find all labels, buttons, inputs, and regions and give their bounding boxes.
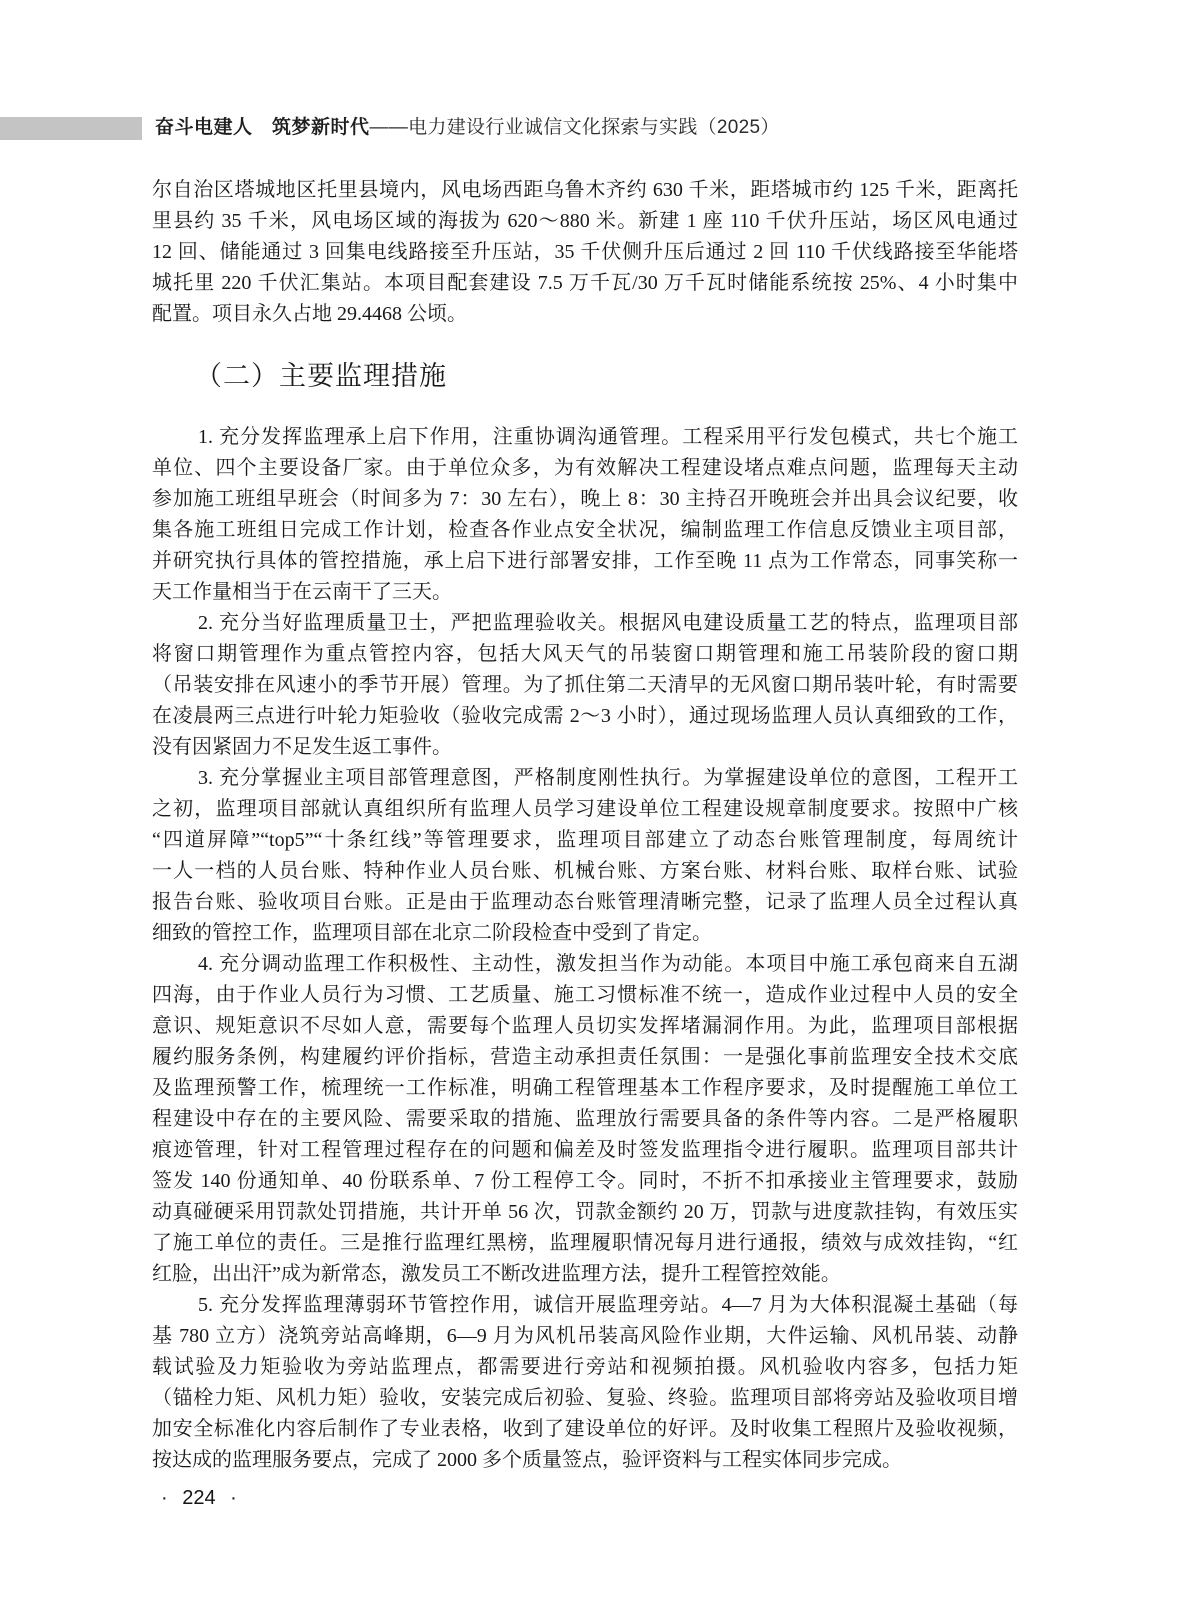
- body-text-line: 5. 充分发挥监理薄弱环节管控作用，诚信开展监理旁站。4—7 月为大体积混凝土基…: [152, 1290, 1018, 1321]
- body-text-line: 并研究执行具体的管控措施，承上启下进行部署安排，工作至晚 11 点为工作常态，同…: [152, 546, 1018, 577]
- body-text-line: 意识、规矩意识不尽如人意，需要每个监理人员切实发挥堵漏洞作用。为此，监理项目部根…: [152, 1011, 1018, 1042]
- body-text-line: “四道屏障”“top5”“十条红线”等管理要求，监理项目部建立了动态台账管理制度…: [152, 825, 1018, 856]
- body-text-line: 配置。项目永久占地 29.4468 公顷。: [152, 299, 1018, 330]
- paragraph: 尔自治区塔城地区托里县境内，风电场西距乌鲁木齐约 630 千米，距塔城市约 12…: [152, 175, 1018, 330]
- body-text-line: 将窗口期管理作为重点管控内容，包括大风天气的吊装窗口期管理和施工吊装阶段的窗口期: [152, 639, 1018, 670]
- body-text-line: （吊装安排在风速小的季节开展）管理。为了抓住第二天清早的无风窗口期吊装叶轮，有时…: [152, 670, 1018, 701]
- paragraph: 4. 充分调动监理工作积极性、主动性，激发担当作为动能。本项目中施工承包商来自五…: [152, 949, 1018, 1290]
- body-text-line: 了施工单位的责任。三是推行监理红黑榜，监理履职情况每月进行通报，绩效与成效挂钩，…: [152, 1228, 1018, 1259]
- body-text-line: 12 回、储能通过 3 回集电线路接至升压站，35 千伏侧升压后通过 2 回 1…: [152, 237, 1018, 268]
- body-text-line: 集各施工班组日完成工作计划，检查各作业点安全状况，编制监理工作信息反馈业主项目部…: [152, 515, 1018, 546]
- body-text-line: 履约服务条例，构建履约评价指标，营造主动承担责任氛围：一是强化事前监理安全技术交…: [152, 1042, 1018, 1073]
- body-text-line: 一人一档的人员台账、特种作业人员台账、机械台账、方案台账、材料台账、取样台账、试…: [152, 856, 1018, 887]
- body-text-line: 载试验及力矩验收为旁站监理点，都需要进行旁站和视频拍摄。风机验收内容多，包括力矩: [152, 1352, 1018, 1383]
- body-text-line: 痕迹管理，针对工程管理过程存在的问题和偏差及时签发监理指令进行履职。监理项目部共…: [152, 1135, 1018, 1166]
- body-text-line: 程建设中存在的主要风险、需要采取的措施、监理放行需要具备的条件等内容。二是严格履…: [152, 1104, 1018, 1135]
- body-text-line: 基 780 立方）浇筑旁站高峰期，6—9 月为风机吊装高风险作业期，大件运输、风…: [152, 1321, 1018, 1352]
- paragraph: 1. 充分发挥监理承上启下作用，注重协调沟通管理。工程采用平行发包模式，共七个施…: [152, 422, 1018, 608]
- body-text-line: 3. 充分掌握业主项目部管理意图，严格制度刚性执行。为掌握建设单位的意图，工程开…: [152, 763, 1018, 794]
- body-text-line: 之初，监理项目部就认真组织所有监理人员学习建设单位工程建设规章制度要求。按照中广…: [152, 794, 1018, 825]
- running-header-book-title: 奋斗电建人 筑梦新时代: [155, 117, 370, 138]
- body-text-line: 细致的管控工作，监理项目部在北京二阶段检查中受到了肯定。: [152, 918, 1018, 949]
- body-content: 尔自治区塔城地区托里县境内，风电场西距乌鲁木齐约 630 千米，距塔城市约 12…: [152, 175, 1018, 1476]
- section-heading: （二）主要监理措施: [195, 356, 1018, 396]
- body-text-line: 天工作量相当于在云南干了三天。: [152, 577, 1018, 608]
- body-text-line: （锚栓力矩、风机力矩）验收，安装完成后初验、复验、终验。监理项目部将旁站及验收项…: [152, 1383, 1018, 1414]
- body-text-line: 及监理预警工作，梳理统一工作标准，明确工程管理基本工作程序要求，及时提醒施工单位…: [152, 1073, 1018, 1104]
- body-text-line: 单位、四个主要设备厂家。由于单位众多，为有效解决工程建设堵点难点问题，监理每天主…: [152, 453, 1018, 484]
- body-text-line: 在凌晨两三点进行叶轮力矩验收（验收完成需 2～3 小时），通过现场监理人员认真细…: [152, 701, 1018, 732]
- body-text-line: 2. 充分当好监理质量卫士，严把监理验收关。根据风电建设质量工艺的特点，监理项目…: [152, 608, 1018, 639]
- paragraph: 2. 充分当好监理质量卫士，严把监理验收关。根据风电建设质量工艺的特点，监理项目…: [152, 608, 1018, 763]
- paragraph: 5. 充分发挥监理薄弱环节管控作用，诚信开展监理旁站。4—7 月为大体积混凝土基…: [152, 1290, 1018, 1476]
- body-text-line: 城托里 220 千伏汇集站。本项目配套建设 7.5 万千瓦/30 万千瓦时储能系…: [152, 268, 1018, 299]
- body-text-line: 参加施工班组早班会（时间多为 7：30 左右），晚上 8：30 主持召开晚班会并…: [152, 484, 1018, 515]
- body-text-line: 里县约 35 千米，风电场区域的海拔为 620～880 米。新建 1 座 110…: [152, 206, 1018, 237]
- body-text-line: 尔自治区塔城地区托里县境内，风电场西距乌鲁木齐约 630 千米，距塔城市约 12…: [152, 175, 1018, 206]
- body-text-line: 红脸，出出汗”成为新常态，激发员工不断改进监理方法，提升工程管控效能。: [152, 1259, 1018, 1290]
- header-decoration-bar: [0, 117, 142, 140]
- book-page: { "header": { "title_bold": "奋斗电建人 筑梦新时代…: [0, 0, 1200, 1616]
- body-text-line: 加安全标准化内容后制作了专业表格，收到了建设单位的好评。及时收集工程照片及验收视…: [152, 1414, 1018, 1445]
- body-text-line: 1. 充分发挥监理承上启下作用，注重协调沟通管理。工程采用平行发包模式，共七个施…: [152, 422, 1018, 453]
- page-number: · 224 ·: [161, 1487, 237, 1510]
- body-text-line: 动真碰硬采用罚款处罚措施，共计开单 56 次，罚款金额约 20 万，罚款与进度款…: [152, 1197, 1018, 1228]
- body-text-line: 签发 140 份通知单、40 份联系单、7 份工程停工令。同时，不折不扣承接业主…: [152, 1166, 1018, 1197]
- body-text-line: 报告台账、验收项目台账。正是由于监理动态台账管理清晰完整，记录了监理人员全过程认…: [152, 887, 1018, 918]
- running-header-subtitle: ——电力建设行业诚信文化探索与实践（2025）: [370, 117, 780, 138]
- paragraph: 3. 充分掌握业主项目部管理意图，严格制度刚性执行。为掌握建设单位的意图，工程开…: [152, 763, 1018, 949]
- body-text-line: 没有因紧固力不足发生返工事件。: [152, 732, 1018, 763]
- body-text-line: 按达成的监理服务要点，完成了 2000 多个质量签点，验评资料与工程实体同步完成…: [152, 1445, 1018, 1476]
- body-text-line: 四海，由于作业人员行为习惯、工艺质量、施工习惯标准不统一，造成作业过程中人员的安…: [152, 980, 1018, 1011]
- running-header: 奋斗电建人 筑梦新时代——电力建设行业诚信文化探索与实践（2025）: [155, 115, 780, 141]
- body-text-line: 4. 充分调动监理工作积极性、主动性，激发担当作为动能。本项目中施工承包商来自五…: [152, 949, 1018, 980]
